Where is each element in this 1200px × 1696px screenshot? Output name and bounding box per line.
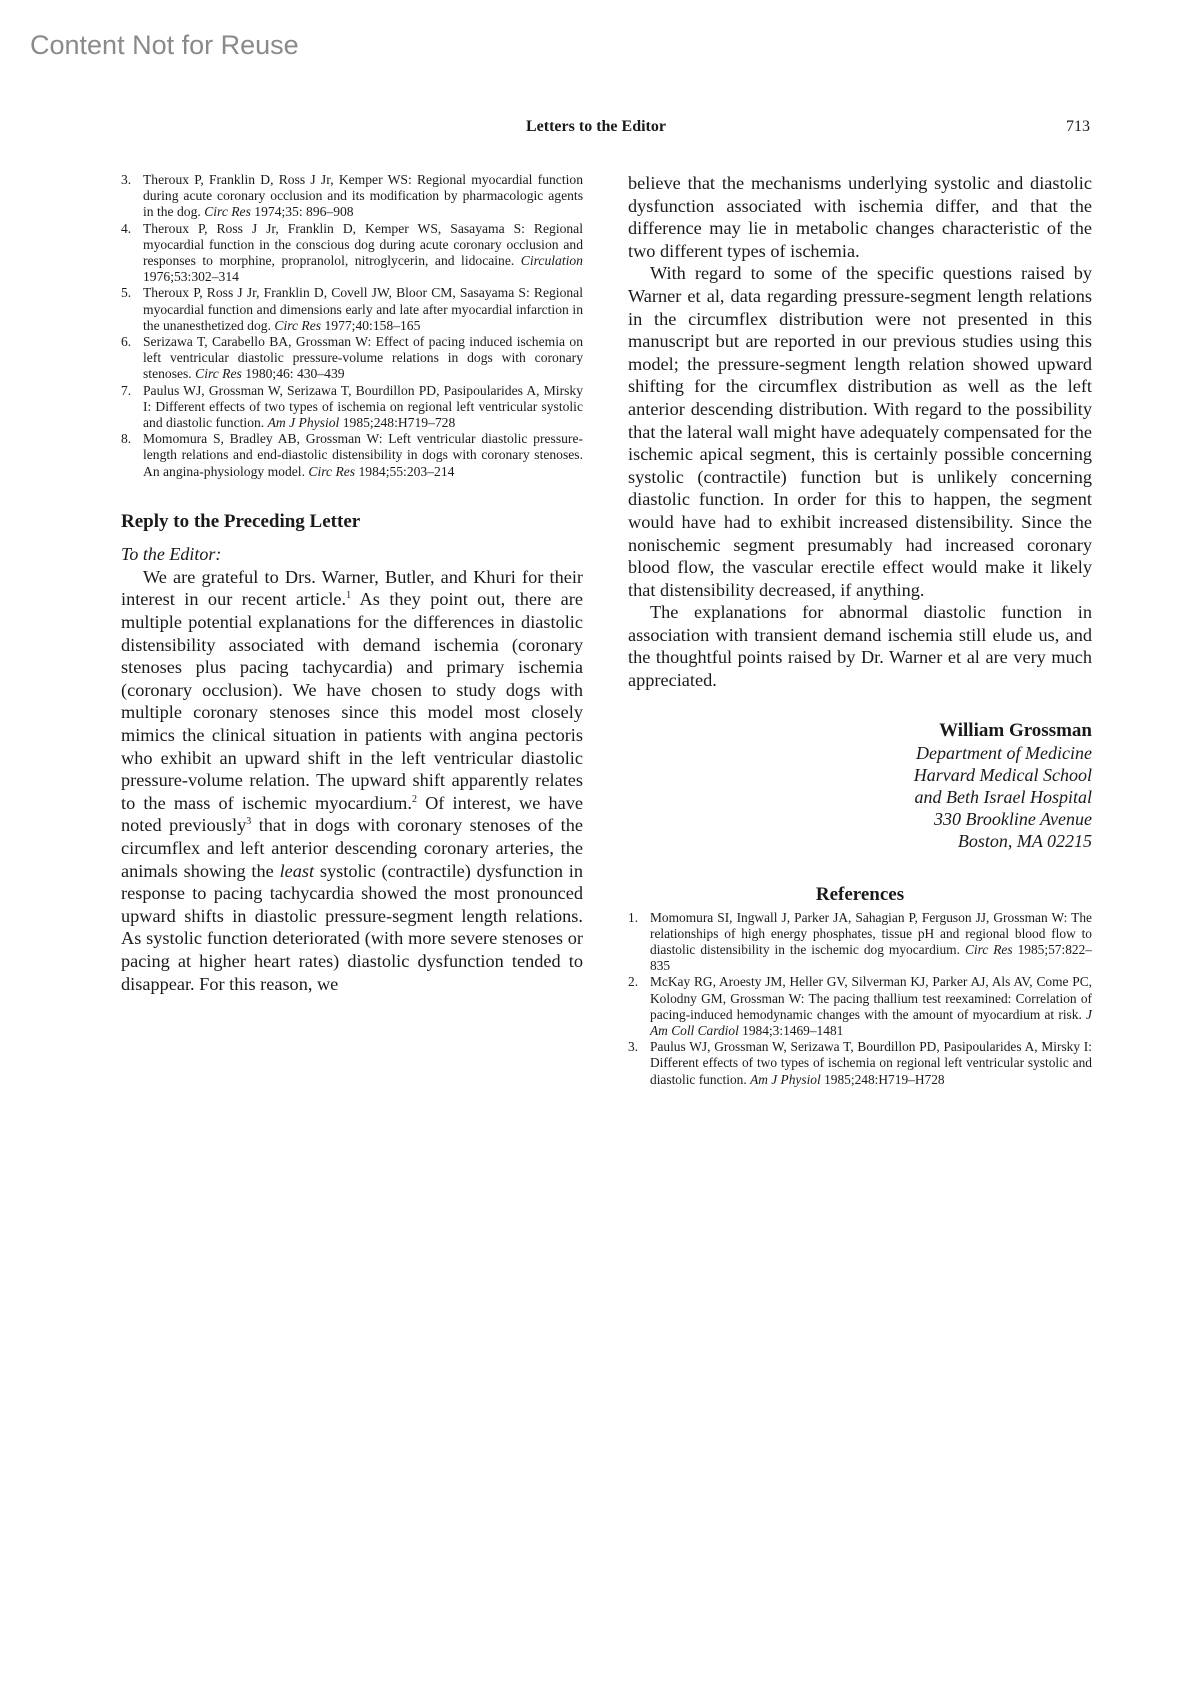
references-list: 1.Momomura SI, Ingwall J, Parker JA, Sah… <box>628 910 1092 1088</box>
body-paragraph: The explanations for abnormal diastolic … <box>628 601 1092 691</box>
salutation: To the Editor: <box>121 542 583 566</box>
watermark: Content Not for Reuse <box>30 30 299 61</box>
body-paragraph: We are grateful to Drs. Warner, Butler, … <box>121 566 583 995</box>
reference-item: 1.Momomura SI, Ingwall J, Parker JA, Sah… <box>628 910 1092 975</box>
affiliation-line: Harvard Medical School <box>628 764 1092 786</box>
right-column: believe that the mechanisms underlying s… <box>628 172 1092 1088</box>
affiliation-line: and Beth Israel Hospital <box>628 786 1092 808</box>
section-heading: Reply to the Preceding Letter <box>121 510 583 534</box>
body-paragraph: With regard to some of the specific ques… <box>628 262 1092 601</box>
signature-block: William Grossman Department of Medicine … <box>628 720 1092 852</box>
affiliation-line: Department of Medicine <box>628 742 1092 764</box>
page-number: 713 <box>1066 118 1090 136</box>
body-paragraph-continued: believe that the mechanisms underlying s… <box>628 172 1092 262</box>
reference-item: 7.Paulus WJ, Grossman W, Serizawa T, Bou… <box>121 383 583 432</box>
affiliation-line: Boston, MA 02215 <box>628 830 1092 852</box>
reference-item: 3.Theroux P, Franklin D, Ross J Jr, Kemp… <box>121 172 583 221</box>
reference-item: 5.Theroux P, Ross J Jr, Franklin D, Cove… <box>121 285 583 334</box>
references-continued-list: 3.Theroux P, Franklin D, Ross J Jr, Kemp… <box>121 172 583 480</box>
reference-item: 8.Momomura S, Bradley AB, Grossman W: Le… <box>121 431 583 480</box>
references-heading: References <box>628 884 1092 906</box>
reference-item: 2.McKay RG, Aroesty JM, Heller GV, Silve… <box>628 974 1092 1039</box>
affiliation-line: 330 Brookline Avenue <box>628 808 1092 830</box>
author-name: William Grossman <box>628 720 1092 742</box>
running-head-title: Letters to the Editor <box>526 118 666 136</box>
reference-item: 4.Theroux P, Ross J Jr, Franklin D, Kemp… <box>121 221 583 286</box>
emphasis: least <box>280 861 315 881</box>
left-column: 3.Theroux P, Franklin D, Ross J Jr, Kemp… <box>121 172 583 995</box>
reference-item: 3.Paulus WJ, Grossman W, Serizawa T, Bou… <box>628 1039 1092 1088</box>
reference-item: 6.Serizawa T, Carabello BA, Grossman W: … <box>121 334 583 383</box>
